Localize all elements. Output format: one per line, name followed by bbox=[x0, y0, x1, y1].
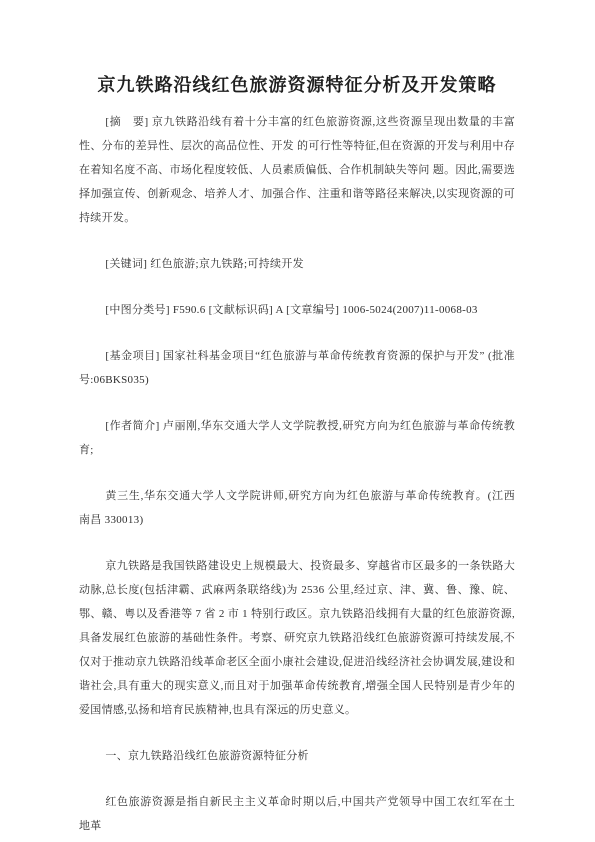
classification-line: [中图分类号] F590.6 [文献标识码] A [文章编号] 1006-502… bbox=[79, 298, 515, 322]
paper-title: 京九铁路沿线红色旅游资源特征分析及开发策略 bbox=[79, 72, 515, 98]
section-1-heading: 一、京九铁路沿线红色旅游资源特征分析 bbox=[79, 744, 515, 768]
fund-project-line: [基金项目] 国家社科基金项目“红色旅游与革命传统教育资源的保护与开发” (批准… bbox=[79, 344, 515, 392]
author-bio-1: [作者简介] 卢丽刚,华东交通大学人文学院教授,研究方向为红色旅游与革命传统教育… bbox=[79, 414, 515, 462]
intro-paragraph: 京九铁路是我国铁路建设史上规模最大、投资最多、穿越省市区最多的一条铁路大动脉,总… bbox=[79, 554, 515, 722]
author-bio-2: 黄三生,华东交通大学人文学院讲师,研究方向为红色旅游与革命传统教育。(江西 南昌… bbox=[79, 484, 515, 532]
document-page: 京九铁路沿线红色旅游资源特征分析及开发策略 [摘 要] 京九铁路沿线有着十分丰富… bbox=[0, 0, 595, 842]
keywords-line: [关键词] 红色旅游;京九铁路;可持续开发 bbox=[79, 252, 515, 276]
abstract-paragraph: [摘 要] 京九铁路沿线有着十分丰富的红色旅游资源,这些资源呈现出数量的丰富性、… bbox=[79, 110, 515, 230]
section-1-paragraph: 红色旅游资源是指自新民主主义革命时期以后,中国共产党领导中国工农红军在土地革 bbox=[79, 790, 515, 838]
